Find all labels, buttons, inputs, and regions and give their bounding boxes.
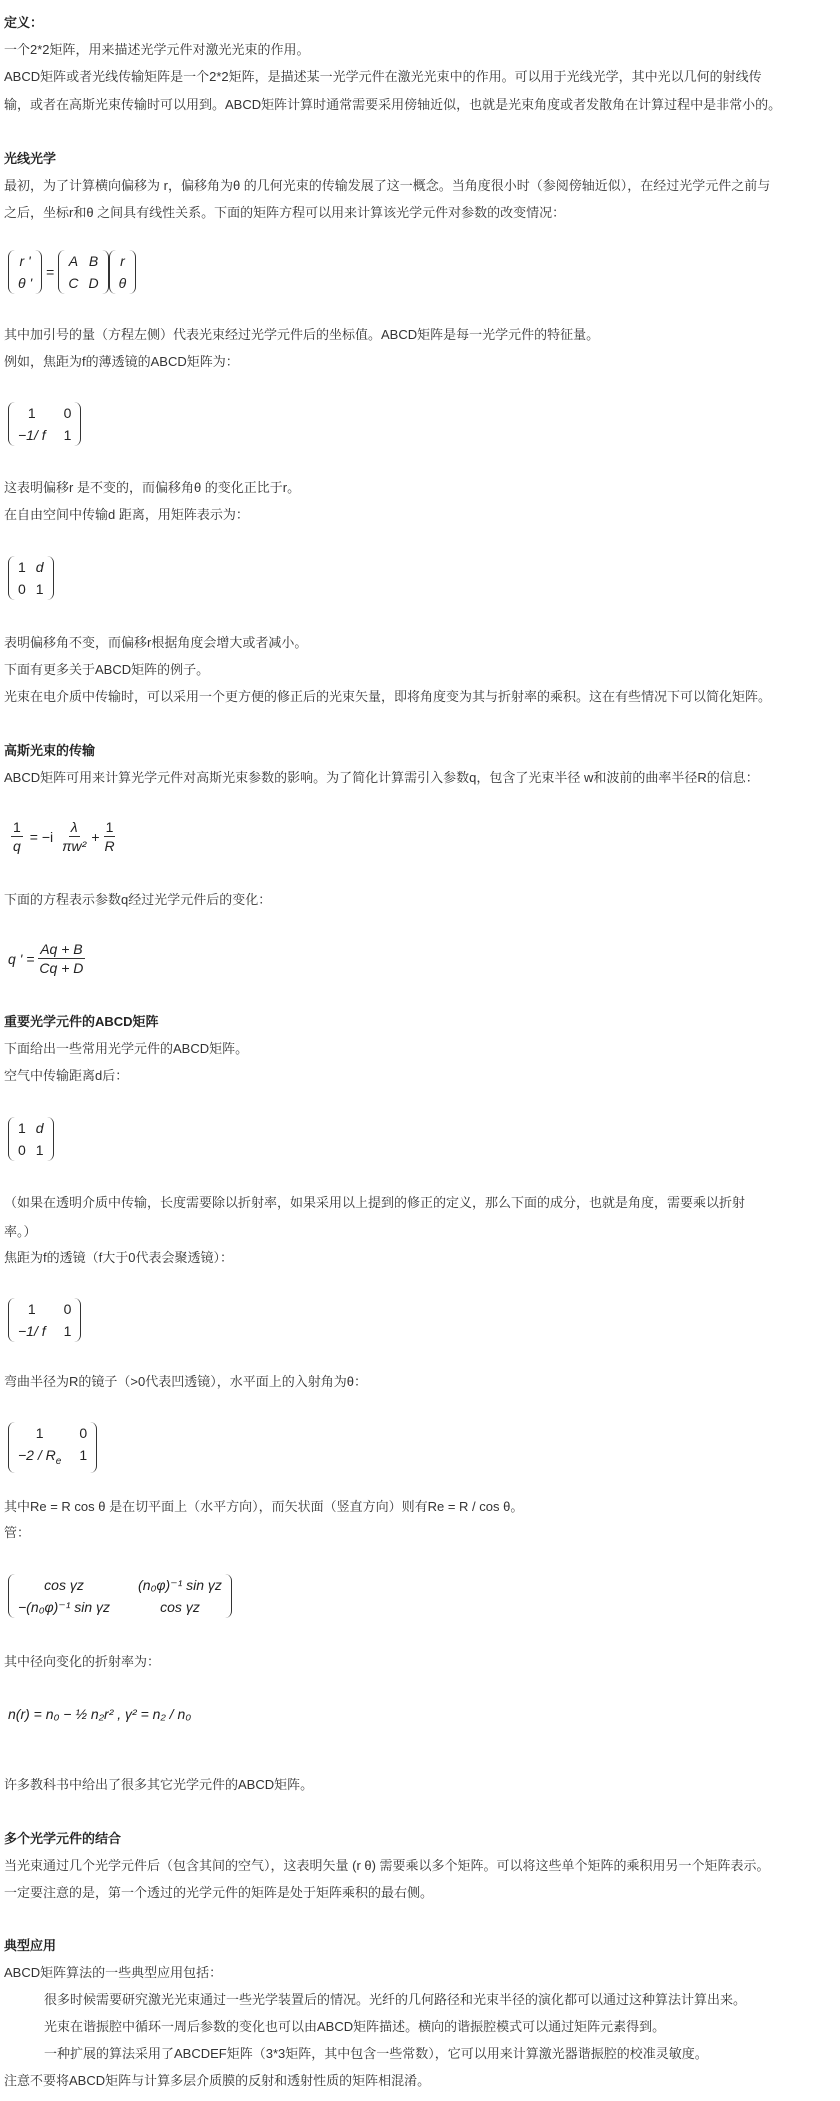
air-propagation-matrix: 1 d 0 1 — [8, 1117, 54, 1161]
paragraph: 之后，坐标r和θ 之间具有线性关系。下面的矩阵方程可以用来计算该光学元件对参数的… — [4, 204, 565, 222]
vector-input: r θ — [109, 250, 137, 294]
refractive-index-equation: n(r) = n₀ − ½ n₂r² , γ² = n₂ / n₀ — [8, 1706, 191, 1722]
paragraph: 弯曲半径为R的镜子（>0代表凹透镜），水平面上的入射角为θ： — [4, 1373, 367, 1391]
paragraph: 许多教科书中给出了很多其它光学元件的ABCD矩阵。 — [4, 1776, 313, 1794]
paragraph: 光束在电介质中传输时，可以采用一个更方便的修正后的光束矢量，即将角度变为其与折射… — [4, 688, 771, 706]
paragraph: ABCD矩阵或者光线传输矩阵是一个2*2矩阵，是描述某一光学元件在激光光束中的作… — [4, 68, 762, 86]
paragraph: 下面给出一些常用光学元件的ABCD矩阵。 — [4, 1040, 248, 1058]
paragraph: 输，或者在高斯光束传输时可以用到。ABCD矩阵计算时通常需要采用傍轴近似，也就是… — [4, 96, 781, 114]
heading-combination: 多个光学元件的结合 — [4, 1830, 121, 1848]
paragraph: 率。） — [4, 1223, 37, 1241]
paragraph: 注意不要将ABCD矩阵与计算多层介质膜的反射和透射性质的矩阵相混淆。 — [4, 2072, 430, 2090]
paragraph: 最初，为了计算横向偏移为 r，偏移角为θ 的几何光束的传输发展了这一概念。当角度… — [4, 177, 770, 195]
heading-gaussian-beam: 高斯光束的传输 — [4, 742, 95, 760]
paragraph: 空气中传输距离d后： — [4, 1067, 128, 1085]
paragraph: （如果在透明介质中传输，长度需要除以折射率，如果采用以上提到的修正的定义，那么下… — [4, 1194, 745, 1212]
paragraph: 表明偏移角不变，而偏移r根据角度会增大或者减小。 — [4, 634, 307, 652]
paragraph: ABCD矩阵可用来计算光学元件对高斯光束参数的影响。为了简化计算需引入参数q，包… — [4, 769, 759, 787]
paragraph: ABCD矩阵算法的一些典型应用包括： — [4, 1964, 222, 1982]
paragraph: 其中径向变化的折射率为： — [4, 1653, 160, 1671]
list-item: 一种扩展的算法采用了ABCDEF矩阵（3*3矩阵，其中包含一些常数），它可以用来… — [44, 2045, 708, 2063]
matrix-equation: r ' θ ' = A B C D r θ — [8, 250, 136, 294]
thin-lens-matrix: 1 0 −1/ f 1 — [8, 402, 81, 446]
heading-ray-optics: 光线光学 — [4, 150, 56, 168]
paragraph: 一个2*2矩阵，用来描述光学元件对激光光束的作用。 — [4, 41, 310, 59]
q-prime-equation: q ' = Aq + BCq + D — [8, 940, 88, 977]
paragraph: 下面有更多关于ABCD矩阵的例子。 — [4, 661, 209, 679]
list-item: 光束在谐振腔中循环一周后参数的变化也可以由ABCD矩阵描述。横向的谐振腔模式可以… — [44, 2018, 665, 2036]
q-parameter-equation: 1q = −i λπw² + 1R — [8, 818, 120, 855]
heading-applications: 典型应用 — [4, 1937, 56, 1955]
list-item: 很多时候需要研究激光光束通过一些光学装置后的情况。光纤的几何路径和光束半径的演化… — [44, 1991, 746, 2009]
free-space-matrix: 1 d 0 1 — [8, 556, 54, 600]
paragraph: 在自由空间中传输d 距离，用矩阵表示为： — [4, 506, 249, 524]
paragraph: 其中加引号的量（方程左侧）代表光束经过光学元件后的坐标值。ABCD矩阵是每一光学… — [4, 326, 599, 344]
article: 定义： 一个2*2矩阵，用来描述光学元件对激光光束的作用。 ABCD矩阵或者光线… — [0, 0, 840, 2101]
mirror-matrix: 1 0 −2 / Re 1 — [8, 1422, 97, 1473]
paragraph: 焦距为f的透镜（f大于0代表会聚透镜）： — [4, 1249, 233, 1267]
tube-matrix: cos γz (n₀φ)⁻¹ sin γz −(n₀φ)⁻¹ sin γz co… — [8, 1574, 232, 1618]
heading-definition: 定义： — [4, 14, 43, 32]
vector-output: r ' θ ' — [8, 250, 42, 294]
paragraph: 当光束通过几个光学元件后（包含其间的空气），这表明矢量 (r θ) 需要乘以多个… — [4, 1857, 770, 1875]
paragraph: 一定要注意的是，第一个透过的光学元件的矩阵是处于矩阵乘积的最右侧。 — [4, 1884, 433, 1902]
paragraph: 其中Re = R cos θ 是在切平面上（水平方向），而矢状面（竖直方向）则有… — [4, 1498, 523, 1516]
lens-matrix: 1 0 −1/ f 1 — [8, 1298, 81, 1342]
paragraph: 这表明偏移r 是不变的，而偏移角θ 的变化正比于r。 — [4, 479, 300, 497]
abcd-matrix: A B C D — [58, 250, 108, 294]
paragraph: 下面的方程表示参数q经过光学元件后的变化： — [4, 891, 271, 909]
paragraph: 例如，焦距为f的薄透镜的ABCD矩阵为： — [4, 353, 239, 371]
heading-optical-elements: 重要光学元件的ABCD矩阵 — [4, 1013, 159, 1031]
paragraph: 管： — [4, 1524, 30, 1542]
